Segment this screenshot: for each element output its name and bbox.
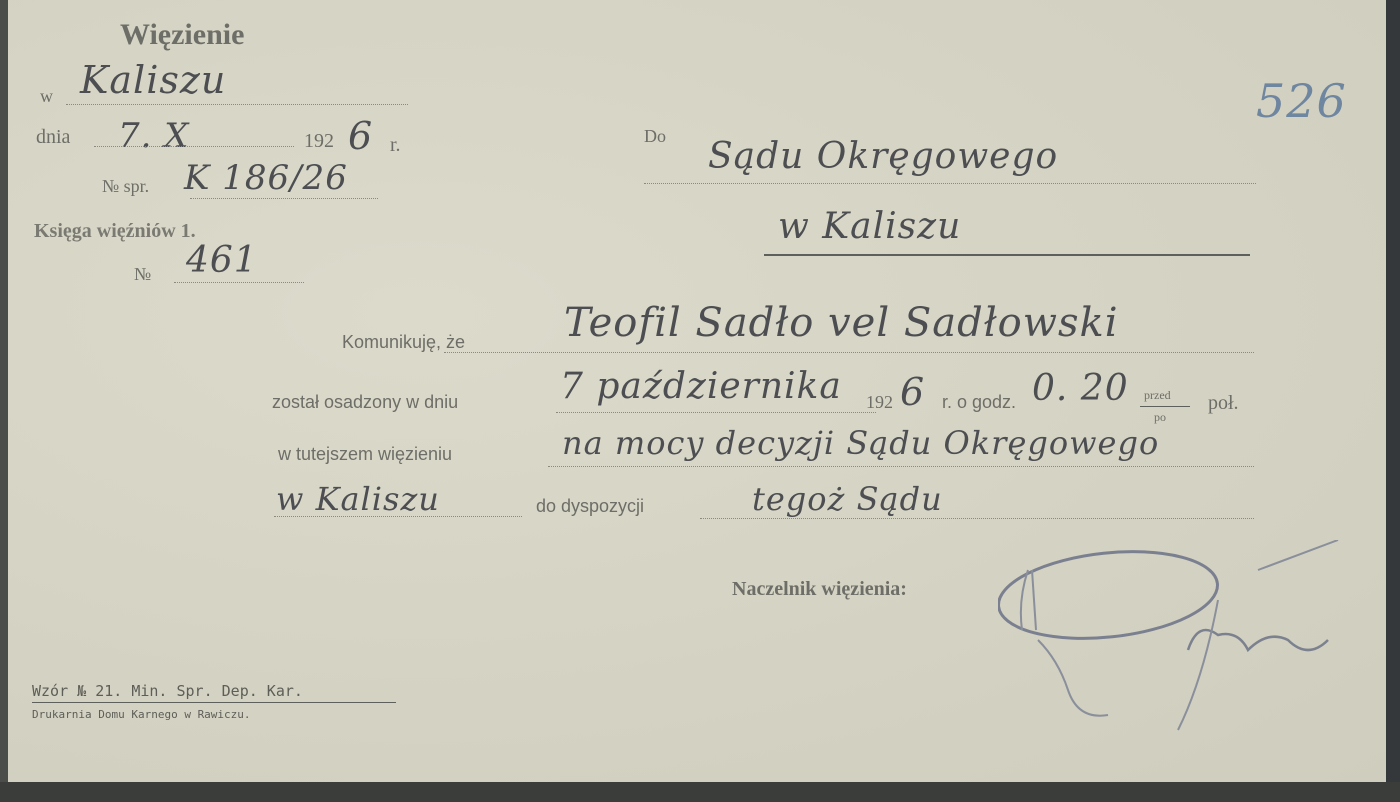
dyspozycji-label: do dyspozycji — [536, 496, 644, 517]
prisoner-name: Teofil Sadło vel Sadłowski — [564, 300, 1119, 346]
nr-label: № — [134, 264, 151, 285]
detention-date-line — [556, 412, 876, 413]
osadzony-label: został osadzony w dniu — [272, 392, 458, 413]
date-line — [94, 146, 294, 147]
komunikuje-label: Komunikuję, że — [342, 332, 465, 353]
year-suffix-2: 6 — [900, 370, 925, 414]
spr-handwritten: K 186/26 — [184, 158, 348, 198]
addressee-double-rule — [764, 254, 1250, 256]
pol-label: poł. — [1208, 392, 1239, 415]
addressee-line1: Sądu Okręgowego — [708, 136, 1058, 177]
dnia-label: dnia — [36, 126, 70, 149]
scan-right-edge — [1386, 0, 1400, 802]
signature-scribble-icon — [998, 540, 1358, 760]
przed-label: przed — [1144, 388, 1171, 403]
spr-line — [190, 198, 378, 199]
nr-handwritten: 461 — [186, 240, 258, 281]
footer-rule — [32, 702, 396, 703]
date-handwritten: 7. X — [118, 116, 189, 156]
ksiega-label: Księga więźniów 1. — [34, 220, 196, 243]
nr-line — [174, 282, 304, 283]
decision-text: na mocy decyzji Sądu Okręgowego — [562, 424, 1159, 462]
archive-number: 526 — [1256, 74, 1347, 128]
r-label: r. — [390, 134, 401, 157]
year-prefix: 192 — [304, 130, 334, 153]
signature-text: M. Przedpełski — [1118, 612, 1359, 647]
godz-label: r. o godz. — [942, 392, 1016, 413]
city-text: w Kaliszu — [276, 480, 440, 518]
year-prefix-2: 192 — [866, 392, 893, 413]
dyspozycji-value: tegoż Sądu — [752, 480, 943, 518]
city-line-2 — [274, 516, 522, 517]
przed-po-divider — [1140, 406, 1190, 407]
po-label: po — [1154, 410, 1166, 425]
scan-left-edge — [0, 0, 8, 802]
addressee-line2: w Kaliszu — [778, 206, 961, 247]
dyspozycji-line — [700, 518, 1254, 519]
w-label: w — [40, 86, 53, 107]
signature-label: Naczelnik więzienia: — [732, 578, 907, 601]
name-line — [444, 352, 1254, 353]
do-label: Do — [644, 126, 666, 147]
time-value: 0. 20 — [1032, 368, 1129, 409]
printer-credit: Drukarnia Domu Karnego w Rawiczu. — [32, 708, 251, 721]
prison-title: Więzienie — [120, 18, 244, 52]
decision-line — [548, 466, 1254, 467]
city-handwritten: Kaliszu — [80, 58, 226, 102]
document-paper: Więzienie w Kaliszu dnia 7. X 192 6 r. №… — [8, 0, 1386, 782]
form-number: Wzór № 21. Min. Spr. Dep. Kar. — [32, 682, 303, 700]
detention-date: 7 października — [560, 366, 842, 407]
scan-bottom-edge — [0, 782, 1400, 802]
city-line — [66, 104, 408, 105]
tutejszem-label: w tutejszem więzieniu — [278, 444, 452, 465]
spr-label: № spr. — [102, 176, 149, 197]
addressee-line1-rule — [644, 183, 1256, 184]
year-suffix-handwritten: 6 — [348, 114, 373, 158]
